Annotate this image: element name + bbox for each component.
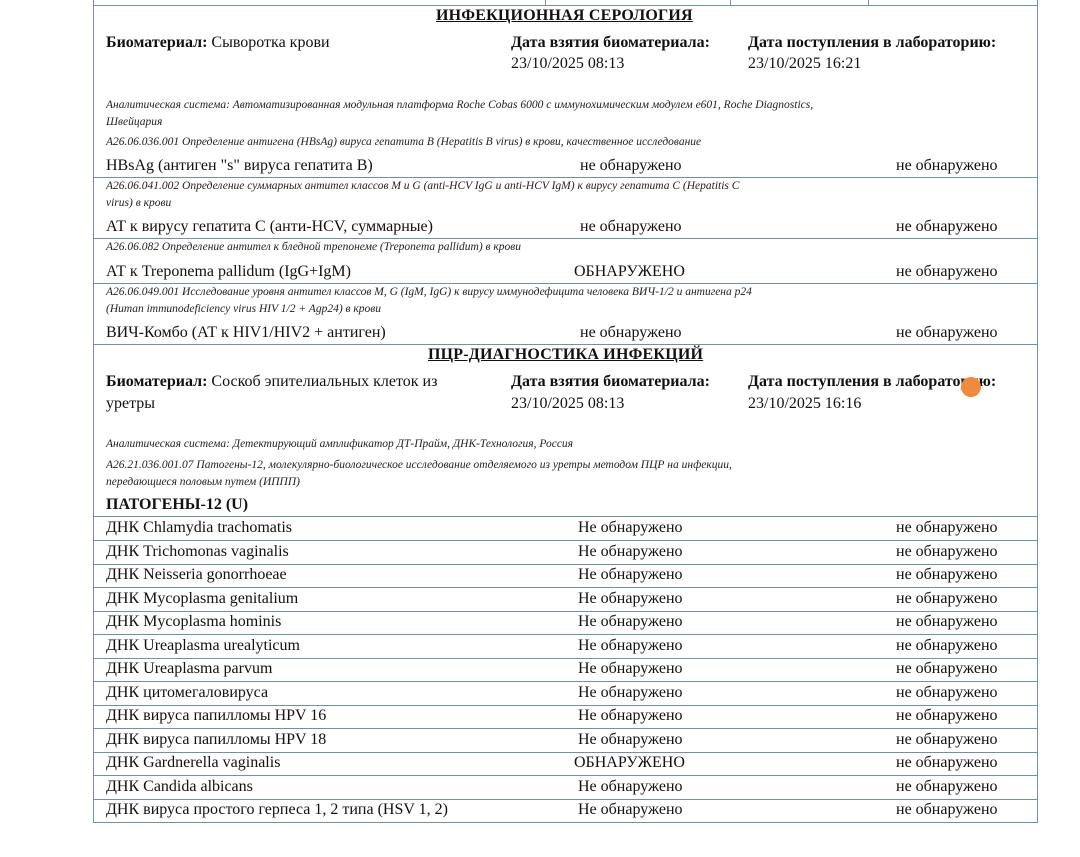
received-date-value: 23/10/2025 16:16 xyxy=(748,395,861,413)
section-divider xyxy=(93,344,1038,345)
row-divider xyxy=(93,681,1038,682)
pathogen-result: Не обнаружено xyxy=(578,731,683,749)
row-divider xyxy=(93,775,1038,776)
pathogen-result: Не обнаружено xyxy=(578,801,683,819)
collected-date-value: 23/10/2025 08:13 xyxy=(511,55,624,73)
row-divider xyxy=(93,634,1038,635)
pathogen-name: ДНК Neisseria gonorrhoeae xyxy=(106,566,287,584)
pathogen-result: Не обнаружено xyxy=(578,566,683,584)
row-divider xyxy=(93,728,1038,729)
received-date-label: Дата поступления в лабораторию: xyxy=(748,373,996,391)
serology-biomaterial: Биоматериал: Сыворотка крови xyxy=(106,34,330,52)
pathogen-result: Не обнаружено xyxy=(578,778,683,796)
pathogen-reference: не обнаружено xyxy=(896,543,998,561)
pathogen-result: Не обнаружено xyxy=(578,519,683,537)
pathogen-result: Не обнаружено xyxy=(578,707,683,725)
pathogen-result-positive: ОБНАРУЖЕНО xyxy=(574,754,685,772)
pathogen-reference: не обнаружено xyxy=(896,778,998,796)
group-title: ПАТОГЕНЫ-12 (U) xyxy=(106,496,248,514)
biomaterial-label: Биоматериал: xyxy=(106,34,207,51)
test-reference: не обнаружено xyxy=(896,218,998,236)
received-date-label: Дата поступления в лабораторию: xyxy=(748,34,996,52)
row-divider xyxy=(93,705,1038,706)
top-column-divider xyxy=(868,0,869,5)
pathogen-reference: не обнаружено xyxy=(896,731,998,749)
row-divider xyxy=(93,177,1038,178)
test-name: АТ к вирусу гепатита С (анти-HCV, суммар… xyxy=(106,218,433,236)
pathogen-name: ДНК Mycoplasma hominis xyxy=(106,613,281,631)
row-divider xyxy=(93,611,1038,612)
top-table-border xyxy=(93,5,1038,6)
pathogen-name: ДНК Ureaplasma urealyticum xyxy=(106,637,300,655)
test-code: A26.21.036.001.07 Патогены-12, молекуляр… xyxy=(106,459,732,471)
pathogen-name: ДНК Candida albicans xyxy=(106,778,253,796)
received-date-value: 23/10/2025 16:21 xyxy=(748,55,861,73)
biomaterial-value: Соскоб эпителиальных клеток из xyxy=(211,373,437,390)
biomaterial-label: Биоматериал: xyxy=(106,373,207,390)
row-divider xyxy=(93,283,1038,284)
test-code: A26.06.041.002 Определение суммарных ант… xyxy=(106,180,739,192)
row-divider xyxy=(93,752,1038,753)
test-name: АТ к Treponema pallidum (IgG+IgM) xyxy=(106,263,351,281)
pathogen-result: Не обнаружено xyxy=(578,590,683,608)
test-result: не обнаружено xyxy=(580,218,682,236)
pathogen-result: Не обнаружено xyxy=(578,543,683,561)
row-divider xyxy=(93,540,1038,541)
row-divider xyxy=(93,799,1038,800)
test-code: A26.06.049.001 Исследование уровня антит… xyxy=(106,286,752,298)
test-name: HBsAg (антиген "s" вируса гепатита B) xyxy=(106,157,373,175)
test-code-cont: virus) в крови xyxy=(106,197,171,209)
marker-dot xyxy=(961,377,981,397)
pathogen-name: ДНК вируса простого герпеса 1, 2 типа (H… xyxy=(106,801,448,819)
pathogen-reference: не обнаружено xyxy=(896,684,998,702)
test-result-positive: ОБНАРУЖЕНО xyxy=(574,263,685,281)
test-reference: не обнаружено xyxy=(896,324,998,342)
test-code-cont: передающиеся половым путем (ИППП) xyxy=(106,476,300,488)
row-divider xyxy=(93,516,1038,517)
pathogen-name: ДНК вируса папилломы HPV 18 xyxy=(106,731,326,749)
pathogen-name: ДНК Gardnerella vaginalis xyxy=(106,754,280,772)
pathogen-reference: не обнаружено xyxy=(896,519,998,537)
test-reference: не обнаружено xyxy=(896,263,998,281)
pathogen-reference: не обнаружено xyxy=(896,660,998,678)
test-result: не обнаружено xyxy=(580,324,682,342)
pathogen-name: ДНК Ureaplasma parvum xyxy=(106,660,272,678)
pathogen-result: Не обнаружено xyxy=(578,684,683,702)
test-code: A26.06.082 Определение антител к бледной… xyxy=(106,241,521,253)
test-code: A26.06.036.001 Определение антигена (HBs… xyxy=(106,136,701,148)
pathogen-name: ДНК Chlamydia trachomatis xyxy=(106,519,292,537)
collected-date-label: Дата взятия биоматериала: xyxy=(511,373,710,391)
row-divider xyxy=(93,658,1038,659)
collected-date-value: 23/10/2025 08:13 xyxy=(511,395,624,413)
pathogen-reference: не обнаружено xyxy=(896,707,998,725)
top-column-divider xyxy=(730,0,731,5)
analytic-system: Аналитическая система: Автоматизированна… xyxy=(106,99,813,111)
pathogen-name: ДНК Mycoplasma genitalium xyxy=(106,590,298,608)
pathogen-name: ДНК Trichomonas vaginalis xyxy=(106,543,289,561)
test-reference: не обнаружено xyxy=(896,157,998,175)
pathogen-name: ДНК вируса папилломы HPV 16 xyxy=(106,707,326,725)
pathogen-result: Не обнаружено xyxy=(578,660,683,678)
biomaterial-value: Сыворотка крови xyxy=(211,34,329,51)
pathogen-reference: не обнаружено xyxy=(896,754,998,772)
pcr-section-title: ПЦР-ДИАГНОСТИКА ИНФЕКЦИЙ xyxy=(428,346,703,364)
pcr-biomaterial: Биоматериал: Соскоб эпителиальных клеток… xyxy=(106,373,437,391)
top-column-divider xyxy=(545,0,546,5)
test-name: ВИЧ-Комбо (АТ к HIV1/HIV2 + антиген) xyxy=(106,324,386,342)
pathogen-reference: не обнаружено xyxy=(896,637,998,655)
analytic-system-cont: Швейцария xyxy=(106,116,162,128)
biomaterial-value-cont: уретры xyxy=(106,395,155,413)
pathogen-result: Не обнаружено xyxy=(578,637,683,655)
pathogen-reference: не обнаружено xyxy=(896,590,998,608)
pathogen-reference: не обнаружено xyxy=(896,566,998,584)
test-code-cont: (Human immunodeficiency virus HIV 1/2 + … xyxy=(106,303,381,315)
pathogen-reference: не обнаружено xyxy=(896,613,998,631)
test-result: не обнаружено xyxy=(580,157,682,175)
pathogen-name: ДНК цитомегаловируса xyxy=(106,684,268,702)
pathogen-result: Не обнаружено xyxy=(578,613,683,631)
row-divider xyxy=(93,587,1038,588)
pathogen-reference: не обнаружено xyxy=(896,801,998,819)
row-divider xyxy=(93,822,1038,823)
serology-section-title: ИНФЕКЦИОННАЯ СЕРОЛОГИЯ xyxy=(436,7,693,25)
analytic-system: Аналитическая система: Детектирующий амп… xyxy=(106,438,573,450)
row-divider xyxy=(93,238,1038,239)
row-divider xyxy=(93,564,1038,565)
collected-date-label: Дата взятия биоматериала: xyxy=(511,34,710,52)
